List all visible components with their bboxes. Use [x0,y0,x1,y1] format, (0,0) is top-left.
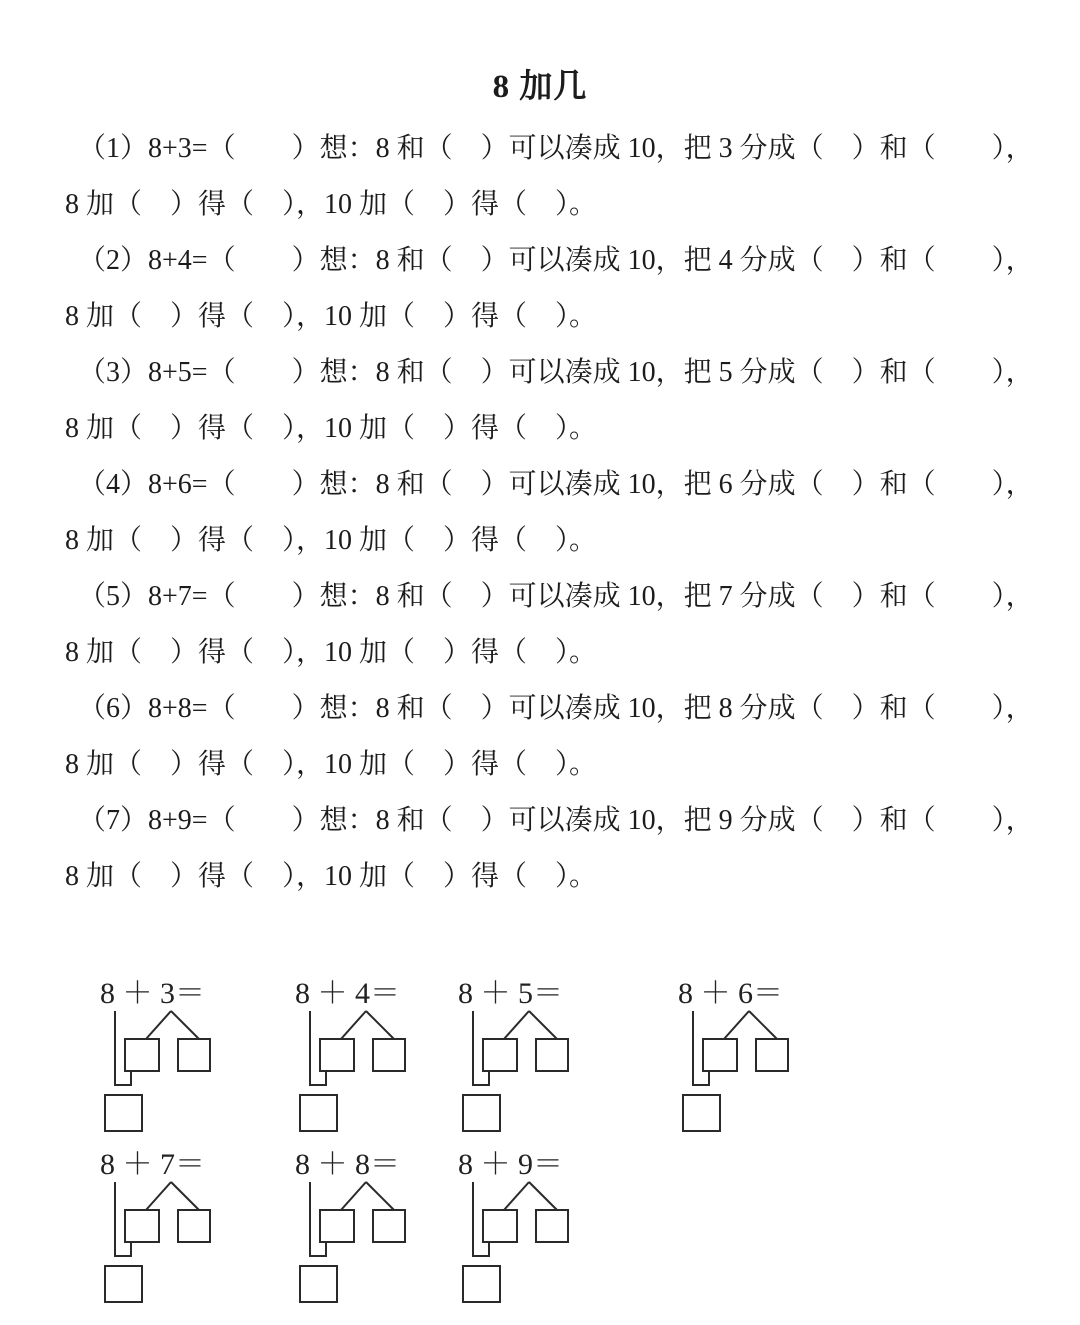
problem-1-line-2: 8 加（ ）得（ ），10 加（ ）得（ ）。 [65,177,1015,233]
problem-1-line-1: （1）8+3=（ ）想：8 和（ ）可以凑成 10，把 3 分成（ ）和（ ）， [65,121,1015,177]
problem-5-line-1: （5）8+7=（ ）想：8 和（ ）可以凑成 10，把 7 分成（ ）和（ ）， [65,569,1015,625]
problem-6-line-2: 8 加（ ）得（ ），10 加（ ）得（ ）。 [65,737,1015,793]
problem-item-4: （4）8+6=（ ）想：8 和（ ）可以凑成 10，把 6 分成（ ）和（ ），… [65,457,1015,569]
problem-item-5: （5）8+7=（ ）想：8 和（ ）可以凑成 10，把 7 分成（ ）和（ ），… [65,569,1015,681]
problem-item-2: （2）8+4=（ ）想：8 和（ ）可以凑成 10，把 4 分成（ ）和（ ），… [65,233,1015,345]
page-title: 8 加几 [65,66,1015,108]
problem-item-1: （1）8+3=（ ）想：8 和（ ）可以凑成 10，把 3 分成（ ）和（ ），… [65,121,1015,233]
problem-4-line-1: （4）8+6=（ ）想：8 和（ ）可以凑成 10，把 6 分成（ ）和（ ）， [65,457,1015,513]
problem-3-line-2: 8 加（ ）得（ ），10 加（ ）得（ ）。 [65,401,1015,457]
problem-7-line-2: 8 加（ ）得（ ），10 加（ ）得（ ）。 [65,849,1015,905]
problem-3-line-1: （3）8+5=（ ）想：8 和（ ）可以凑成 10，把 5 分成（ ）和（ ）， [65,345,1015,401]
problem-item-6: （6）8+8=（ ）想：8 和（ ）可以凑成 10，把 8 分成（ ）和（ ），… [65,681,1015,793]
problem-5-line-2: 8 加（ ）得（ ），10 加（ ）得（ ）。 [65,625,1015,681]
problem-2-line-1: （2）8+4=（ ）想：8 和（ ）可以凑成 10，把 4 分成（ ）和（ ）， [65,233,1015,289]
problem-2-line-2: 8 加（ ）得（ ），10 加（ ）得（ ）。 [65,289,1015,345]
problem-item-3: （3）8+5=（ ）想：8 和（ ）可以凑成 10，把 5 分成（ ）和（ ），… [65,345,1015,457]
problem-6-line-1: （6）8+8=（ ）想：8 和（ ）可以凑成 10，把 8 分成（ ）和（ ）， [65,681,1015,737]
problem-7-line-1: （7）8+9=（ ）想：8 和（ ）可以凑成 10，把 9 分成（ ）和（ ）， [65,793,1015,849]
problem-list: （1）8+3=（ ）想：8 和（ ）可以凑成 10，把 3 分成（ ）和（ ），… [65,121,1015,905]
worksheet-page: 8 加几 （1）8+3=（ ）想：8 和（ ）可以凑成 10，把 3 分成（ ）… [0,0,1080,1325]
problem-item-7: （7）8+9=（ ）想：8 和（ ）可以凑成 10，把 9 分成（ ）和（ ），… [65,793,1015,905]
problem-4-line-2: 8 加（ ）得（ ），10 加（ ）得（ ）。 [65,513,1015,569]
